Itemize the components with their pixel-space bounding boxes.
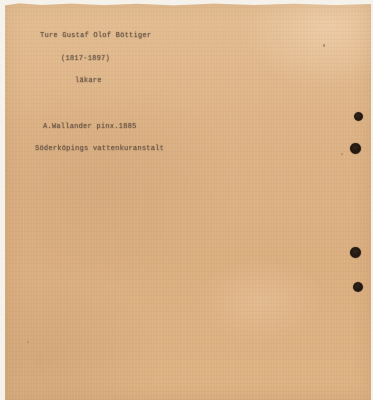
caption-place-line: Söderköpings vattenkuranstalt [35, 146, 164, 154]
caption-gap [35, 101, 164, 109]
paper-speck [27, 341, 29, 343]
caption-artist-line: A.Wallander pinx.1885 [43, 124, 164, 132]
hole-punch-icon [350, 143, 361, 154]
paper-card: Ture Gustaf Olof Böttiger (1817-1897) lä… [5, 3, 371, 400]
hole-punch-icon [350, 247, 361, 258]
hole-punch-icon [353, 282, 363, 292]
caption-title-line: läkare [75, 78, 164, 86]
typewritten-caption: Ture Gustaf Olof Böttiger (1817-1897) lä… [35, 18, 164, 169]
caption-name-line: Ture Gustaf Olof Böttiger [40, 33, 164, 41]
caption-years-line: (1817-1897) [61, 56, 164, 64]
paper-speck [323, 44, 325, 47]
scanned-page: Ture Gustaf Olof Böttiger (1817-1897) lä… [0, 0, 373, 400]
paper-speck [341, 153, 343, 155]
hole-punch-icon [354, 112, 363, 121]
